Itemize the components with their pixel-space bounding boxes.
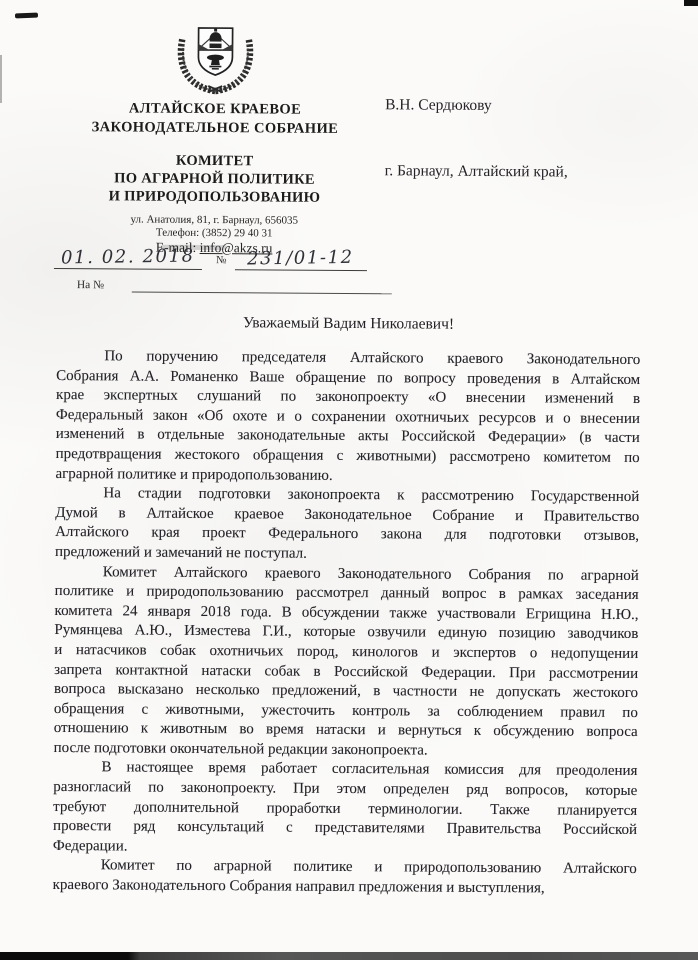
number-field: 231/01-12 — [234, 247, 366, 271]
body-line: провести ряд консультаций с представител… — [53, 817, 637, 841]
handwritten-date: 01. 02. 2018 — [61, 245, 195, 269]
requisites-block: 01. 02. 2018 № 231/01-12 На № — [54, 246, 404, 294]
committee-line1: КОМИТЕТ — [68, 151, 362, 171]
body-paragraph-1: По поручению председателя Алтайского кра… — [55, 347, 640, 488]
body-paragraph-3: Комитет Алтайского краевого Законодатель… — [54, 562, 639, 762]
committee-line3: И ПРИРОДОПОЛЬЗОВАНИЮ — [67, 187, 361, 207]
committee-line2: ПО АГРАРНОЙ ПОЛИТИКЕ — [68, 169, 362, 189]
addressee-name: В.Н. Сердюкову — [385, 96, 665, 116]
date-field: 01. 02. 2018 — [54, 246, 202, 270]
letterhead: АЛТАЙСКОЕ КРАЕВОЕ ЗАКОНОДАТЕЛЬНОЕ СОБРАН… — [67, 16, 363, 255]
reply-number-blank-line — [132, 277, 392, 294]
org-name-line2: ЗАКОНОДАТЕЛЬНОЕ СОБРАНИЕ — [68, 118, 362, 139]
letterhead-phone: Телефон: (3852) 29 40 31 — [67, 226, 361, 241]
altai-krai-coat-of-arms-icon — [167, 17, 264, 98]
body-paragraph-5: Комитет по аграрной политике и природопо… — [53, 856, 637, 899]
org-name-line1: АЛТАЙСКОЕ КРАЕВОЕ — [68, 99, 362, 120]
body-paragraph-2: На стадии подготовки законопроекта к рас… — [55, 484, 640, 566]
addressee-block: В.Н. Сердюкову г. Барнаул, Алтайский кра… — [385, 96, 666, 182]
handwritten-number: 231/01-12 — [247, 247, 354, 271]
reply-to-label: На № — [77, 279, 104, 292]
body-line: краевого Законодательного Собрания напра… — [53, 876, 637, 900]
scanned-letter-page: АЛТАЙСКОЕ КРАЕВОЕ ЗАКОНОДАТЕЛЬНОЕ СОБРАН… — [0, 0, 698, 960]
letter-body: По поручению председателя Алтайского кра… — [53, 347, 641, 900]
salutation: Уважаемый Вадим Николаевич! — [57, 313, 641, 335]
number-sign: № — [216, 254, 227, 270]
body-paragraph-4: В настоящее время работает согласительна… — [53, 758, 638, 860]
letter-content: АЛТАЙСКОЕ КРАЕВОЕ ЗАКОНОДАТЕЛЬНОЕ СОБРАН… — [0, 0, 698, 960]
addressee-location: г. Барнаул, Алтайский край, — [385, 162, 665, 182]
